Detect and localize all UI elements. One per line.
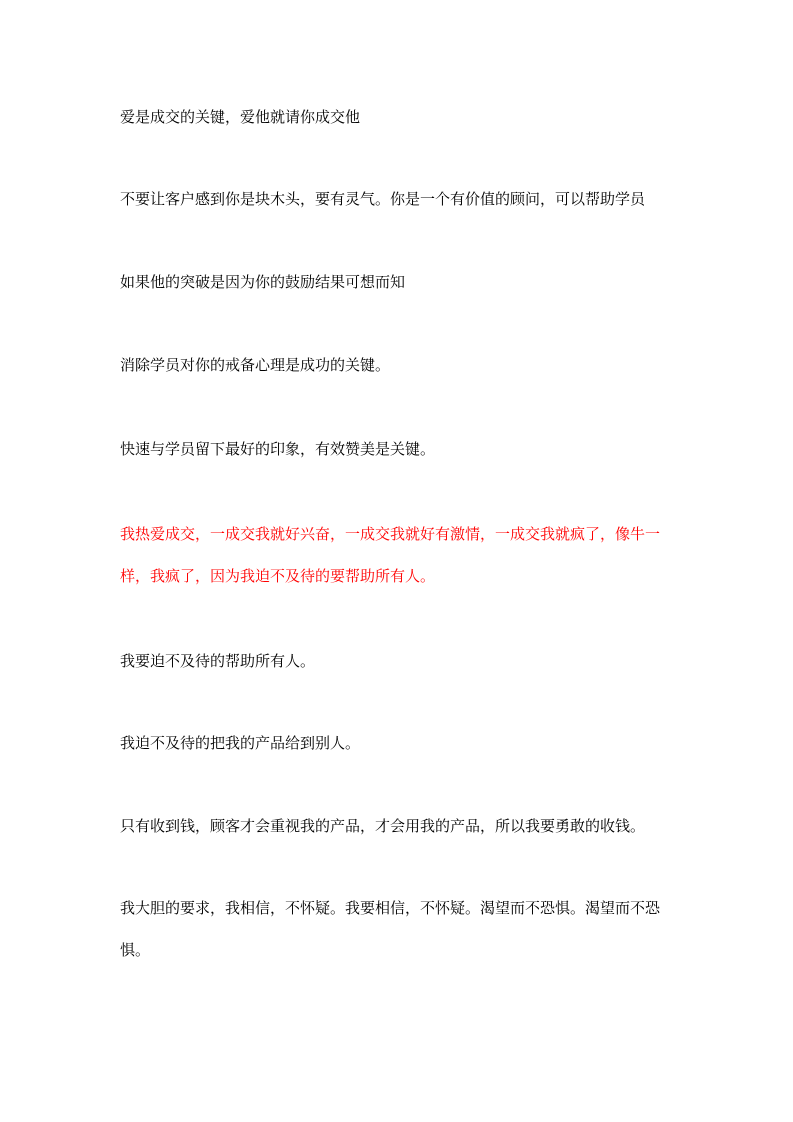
paragraph-breakthrough: 如果他的突破是因为你的鼓励结果可想而知 (120, 261, 680, 303)
paragraph-highlighted-passion: 我热爱成交，一成交我就好兴奋，一成交我就好有激情，一成交我就疯了，像牛一样，我疯… (120, 513, 680, 597)
paragraph-believe-no-fear: 我大胆的要求，我相信，不怀疑。我要相信，不怀疑。渴望而不恐惧。渴望而不恐惧。 (120, 887, 680, 971)
paragraph-first-impression: 快速与学员留下最好的印象，有效赞美是关键。 (120, 428, 680, 470)
paragraph-collect-money: 只有收到钱，顾客才会重视我的产品，才会用我的产品，所以我要勇敢的收钱。 (120, 805, 680, 847)
paragraph-remove-guard: 消除学员对你的戒备心理是成功的关键。 (120, 344, 680, 386)
paragraph-love-is-key: 爱是成交的关键，爱他就请你成交他 (120, 96, 680, 138)
paragraph-give-product: 我迫不及待的把我的产品给到别人。 (120, 722, 680, 764)
paragraph-help-everyone: 我要迫不及待的帮助所有人。 (120, 640, 680, 682)
paragraph-dont-be-wooden: 不要让客户感到你是块木头，要有灵气。你是一个有价值的顾问，可以帮助学员 (120, 178, 680, 220)
document-page: 爱是成交的关键，爱他就请你成交他 不要让客户感到你是块木头，要有灵气。你是一个有… (0, 0, 793, 1122)
